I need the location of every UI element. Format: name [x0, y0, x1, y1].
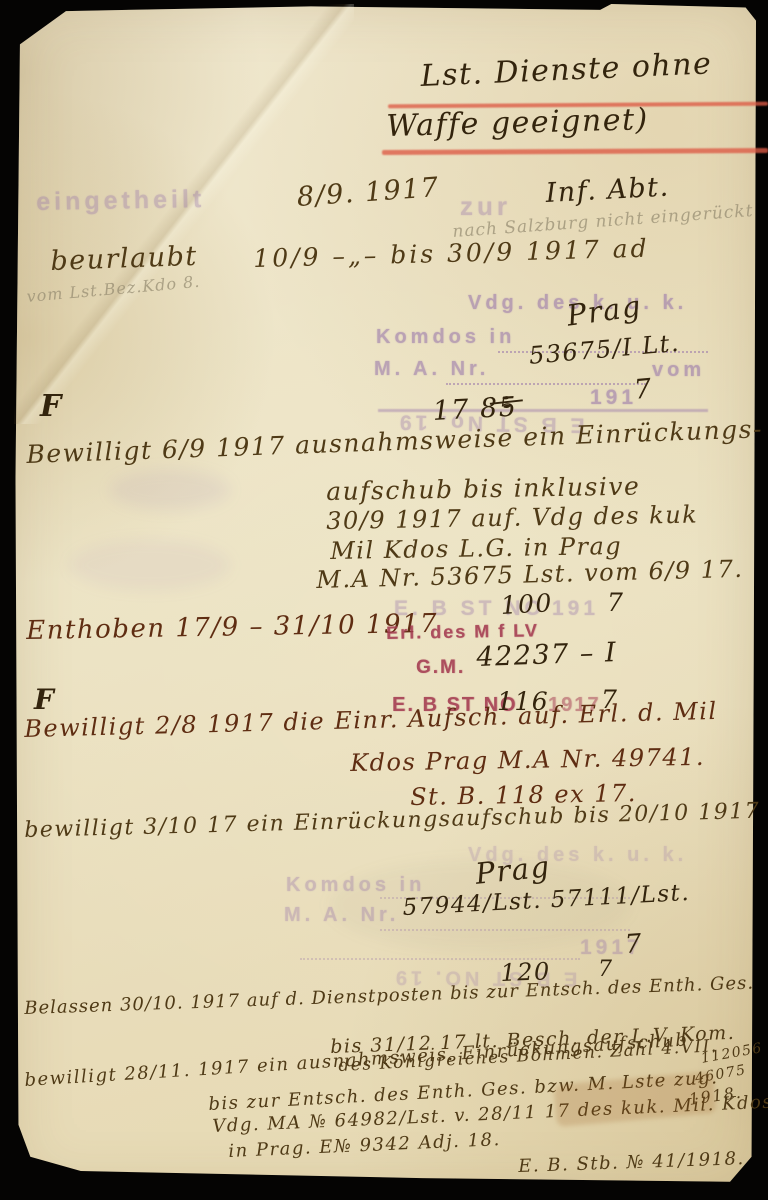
check-mark-1: F [40, 392, 63, 422]
stamp-eingetheilt: eingetheilt [36, 187, 205, 215]
stamp1-dotted-line-2 [446, 383, 646, 385]
ebst2-hand-number: 100 [500, 590, 553, 618]
deferral-sept-line-2: aufschub bis inklusive [326, 474, 640, 504]
stamp-gm: G.M. [416, 658, 465, 677]
exemption-number-hand: 42237 – I [476, 639, 618, 671]
ebst1-hand: 17 85 [432, 394, 518, 425]
check-mark-2: F [34, 686, 55, 714]
stamp1-manr-label: M. A. Nr. [374, 359, 489, 379]
stamp-zur: zur [460, 193, 511, 219]
stamp2-dotted-line-2 [380, 929, 630, 931]
stamp2-komdos-label: Komdos in [286, 875, 425, 895]
classification-line-2: Waffe geeignet) [386, 105, 649, 142]
stamp1-vom: vom [652, 360, 705, 380]
stamp1-komdos-label: Komdos in [376, 327, 515, 347]
assignment-unit: Inf. Abt. [545, 174, 670, 207]
photo-background: Lst. Dienste ohne Waffe geeignet) einget… [0, 0, 768, 1200]
leave-label: beurlaubt [50, 243, 198, 275]
deferral-aug-line-2: Kdos Prag M.A Nr. 49741. [350, 745, 705, 775]
stamp1-year-digit-hand: 7 [633, 375, 654, 404]
stamp2-year-digit-hand: 7 [624, 931, 644, 958]
stamp2-manr-label: M. A. Nr. [284, 905, 399, 925]
exemption-text: Enthoben 17/9 – 31/10 1917 [26, 611, 438, 644]
stamp-erl-mflv: Erl. des M f LV [386, 621, 539, 642]
stamp1-year: 191 [590, 387, 637, 408]
ebst2-stamp-year: 191 [552, 598, 599, 619]
deferral-sept-line-3: 30/9 1917 auf. Vdg des kuk [326, 503, 698, 533]
stamp2-place-hand: Prag [474, 852, 552, 889]
ebst2-hand-digit: 7 [607, 590, 624, 615]
